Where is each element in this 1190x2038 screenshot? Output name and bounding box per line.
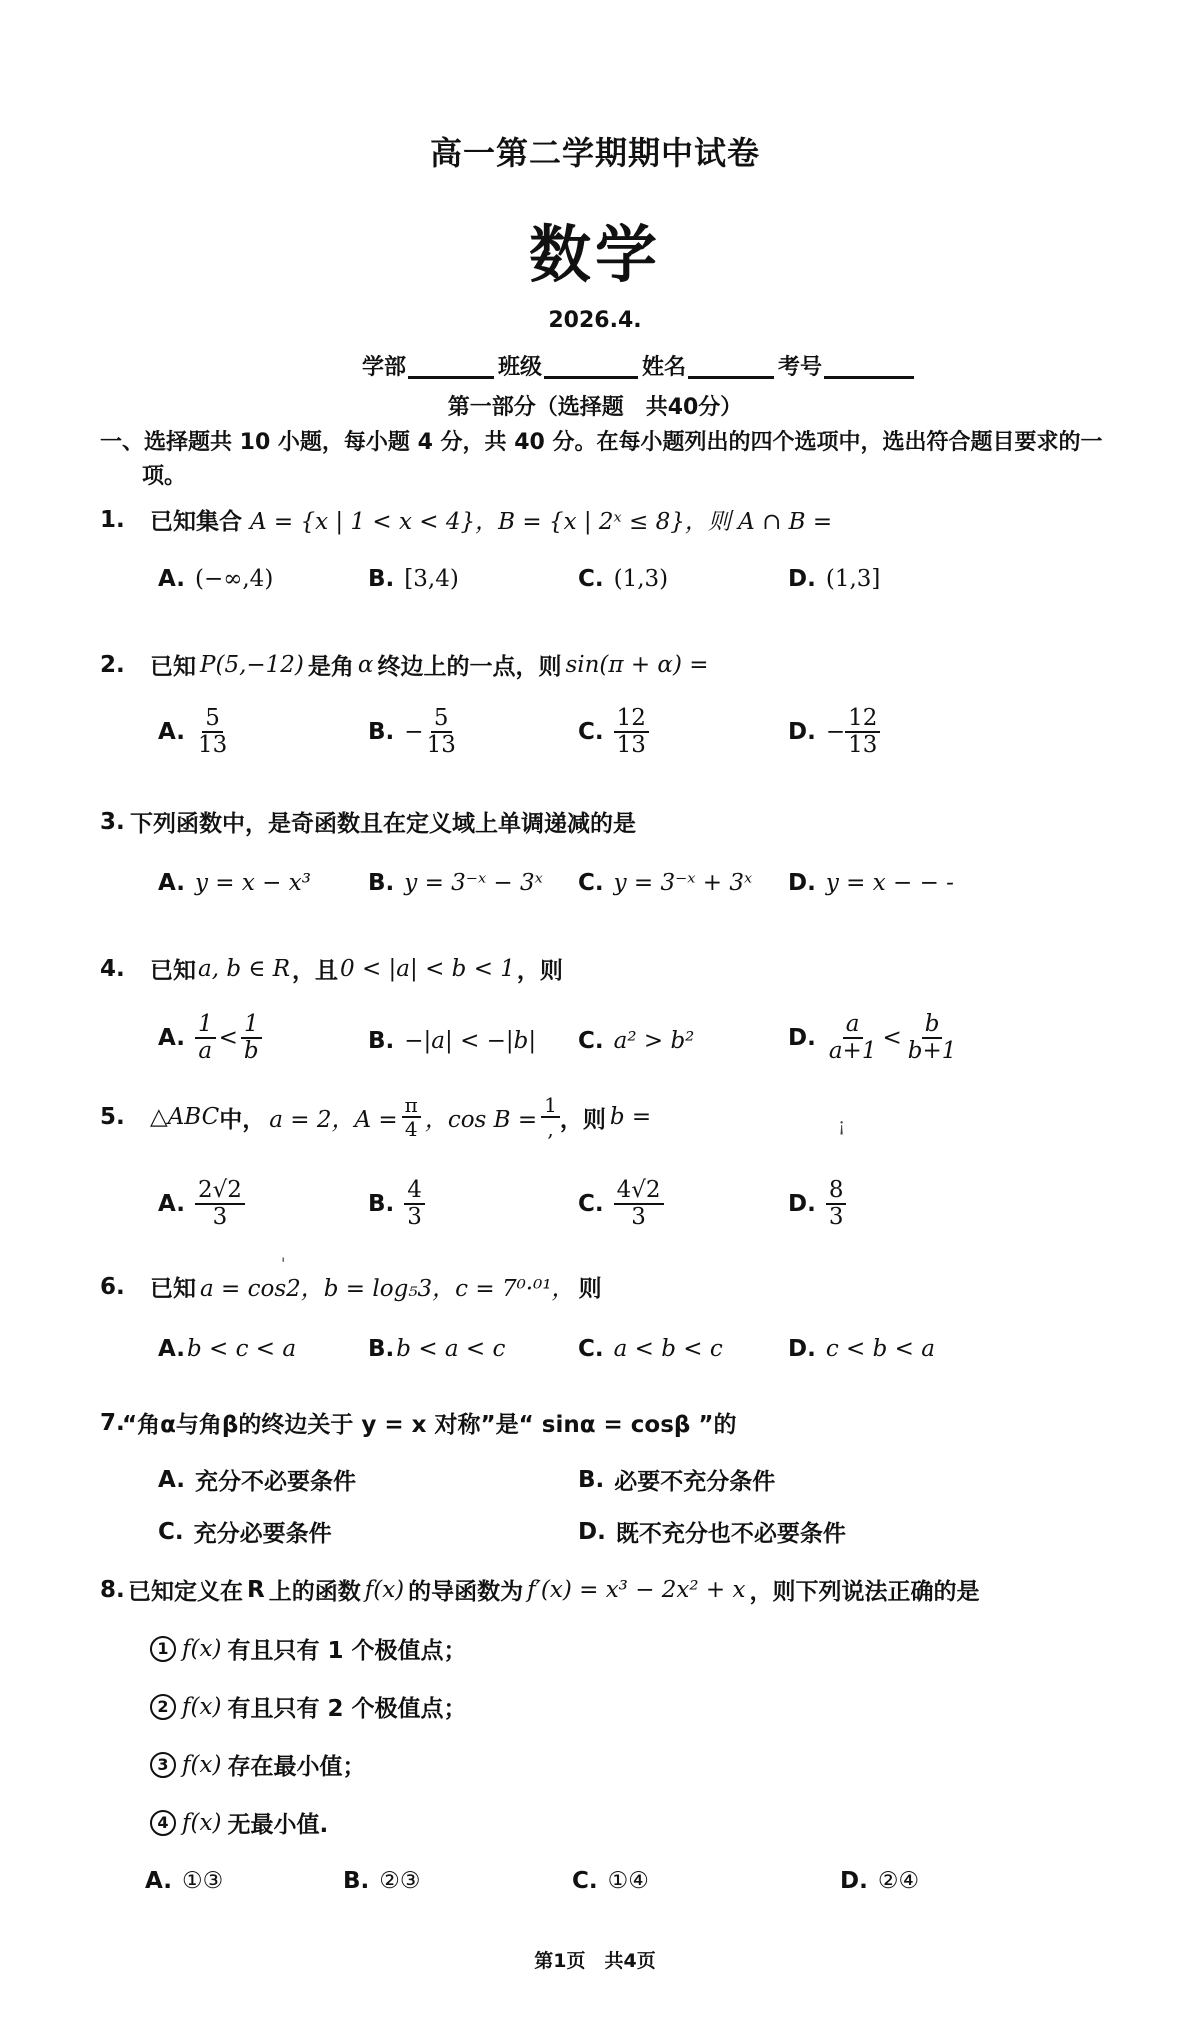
question-number: 5. <box>100 1104 150 1130</box>
class-blank[interactable] <box>544 357 638 379</box>
option-5b[interactable]: B.43 <box>368 1178 425 1231</box>
fraction: 513 <box>195 706 230 759</box>
option-label: D. <box>840 1868 868 1894</box>
option-label: A. <box>158 719 185 745</box>
question-given-a: a = 2，A = <box>269 1101 397 1134</box>
question-8: 8. 已知定义在 R 上的函数 f(x) 的导函数为 f′(x) = x³ − … <box>100 1573 979 1606</box>
option-8a[interactable]: A.①③ <box>145 1868 223 1894</box>
denominator: 13 <box>845 733 880 758</box>
statement-1: 1f(x)有且只有 1 个极值点； <box>150 1632 466 1665</box>
department-blank[interactable] <box>408 357 494 379</box>
fraction: 83 <box>826 1178 847 1231</box>
option-text: (1,3) <box>614 566 669 592</box>
section-heading: 一、选择题共 10 小题，每小题 4 分，共 40 分。在每小题列出的四个选项中… <box>100 426 1140 494</box>
question-stem: 下列函数中，是奇函数且在定义域上单调递减的是 <box>130 805 636 838</box>
numerator: b <box>922 1012 943 1039</box>
statement-3: 3f(x)存在最小值； <box>150 1748 365 1781</box>
question-3: 3. 下列函数中，是奇函数且在定义域上单调递减的是 <box>100 805 636 838</box>
option-3d[interactable]: D.y = x − − - <box>788 870 954 896</box>
fraction-lhs: aa+1 <box>826 1012 880 1065</box>
numerator: 12 <box>614 706 649 733</box>
fraction-rhs: bb+1 <box>905 1012 960 1065</box>
option-label: B. <box>368 719 394 745</box>
denominator: 3 <box>210 1205 231 1230</box>
question-stem-mid2: 的导函数为 <box>408 1573 523 1606</box>
option-sign: − <box>404 719 423 745</box>
option-8d[interactable]: D.②④ <box>840 1868 919 1894</box>
question-stem: “角α与角β的终边关于 y = x 对称”是“ sinα = cosβ ”的 <box>122 1406 737 1439</box>
option-label: D. <box>788 1191 816 1217</box>
option-label: B. <box>578 1467 604 1493</box>
option-7d[interactable]: D.既不充分也不必要条件 <box>578 1515 846 1548</box>
stray-scan-mark: ¡ <box>838 1115 845 1136</box>
statement-2: 2f(x)有且只有 2 个极值点； <box>150 1690 466 1723</box>
question-stem-prefix: 已知 <box>150 648 196 681</box>
option-label: D. <box>788 870 816 896</box>
denominator: , <box>544 1118 556 1140</box>
option-text: −|a| < −|b| <box>404 1028 536 1054</box>
option-3b[interactable]: B.y = 3⁻ˣ − 3ˣ <box>368 870 543 896</box>
option-text: a² > b² <box>614 1028 695 1054</box>
page-footer: 第1页 共4页 <box>0 1946 1190 1973</box>
angle-a-fraction: π4 <box>402 1094 421 1140</box>
option-text: y = 3⁻ˣ + 3ˣ <box>614 870 753 896</box>
question-stem-suffix: 终边上的一点，则 <box>377 648 561 681</box>
option-label: D. <box>578 1519 606 1545</box>
numerator: 1 <box>241 1012 262 1039</box>
option-label: C. <box>158 1519 184 1545</box>
option-text: a < b < c <box>614 1336 723 1362</box>
option-5c[interactable]: C.4√23 <box>578 1178 664 1231</box>
option-5d[interactable]: D.83 <box>788 1178 846 1231</box>
function-f: f(x) <box>182 1636 221 1662</box>
operator: < <box>882 1025 901 1051</box>
real-set-r: R <box>247 1577 265 1603</box>
question-ask-b: b = <box>610 1104 651 1130</box>
option-label: A. <box>158 1191 185 1217</box>
option-label: A. <box>158 1467 185 1493</box>
fraction: 4√23 <box>614 1178 664 1231</box>
option-text: (1,3] <box>826 566 881 592</box>
option-marks: ①④ <box>608 1868 649 1894</box>
denominator: 3 <box>404 1205 425 1230</box>
option-7a[interactable]: A.充分不必要条件 <box>158 1463 356 1496</box>
numerator: 1 <box>541 1094 560 1118</box>
option-label: A. <box>145 1868 172 1894</box>
question-stem-prefix: 已知 <box>150 1270 196 1303</box>
question-number: 2. <box>100 652 150 678</box>
option-text: (−∞,4) <box>195 566 273 592</box>
part-title: 第一部分（选择题 共40分） <box>0 390 1190 421</box>
question-stem-suffix: ，则下列说法正确的是 <box>749 1573 979 1606</box>
fraction: 43 <box>404 1178 425 1231</box>
denominator: b+1 <box>905 1039 960 1064</box>
option-6a[interactable]: A.b < c < a <box>158 1336 296 1362</box>
option-label: B. <box>343 1868 369 1894</box>
question-inequality: 0 < |a| < b < 1 <box>340 956 515 982</box>
question-6: 6. 已知 a = cos2，b = log₅3，c = 7⁰·⁰¹， 则 <box>100 1270 602 1303</box>
option-label: A. <box>158 566 185 592</box>
option-3c[interactable]: C.y = 3⁻ˣ + 3ˣ <box>578 870 752 896</box>
denominator: 13 <box>614 733 649 758</box>
option-2d[interactable]: D.−1213 <box>788 706 880 759</box>
function-f: f(x) <box>182 1810 221 1836</box>
question-expression: sin(π + α) = <box>565 652 708 678</box>
option-7b[interactable]: B.必要不充分条件 <box>578 1463 775 1496</box>
denominator: 13 <box>195 733 230 758</box>
option-text: [3,4) <box>404 566 459 592</box>
question-5: 5. △ABC 中， a = 2，A = π4 ，cos B = 1, ，则 b… <box>100 1094 651 1140</box>
numerator: 4 <box>404 1178 425 1205</box>
field-label-class: 班级 <box>498 350 542 381</box>
question-number: 1. <box>100 507 150 533</box>
option-3a[interactable]: A.y = x − x³ <box>158 870 311 896</box>
option-4b[interactable]: B.−|a| < −|b| <box>368 1028 536 1054</box>
exam-title: 高一第二学期期中试卷 <box>0 128 1190 174</box>
numerator: π <box>402 1094 421 1118</box>
question-stem-prefix: 已知 <box>150 952 196 985</box>
question-cos-b: ，cos B = <box>425 1101 537 1134</box>
option-4c[interactable]: C.a² > b² <box>578 1028 694 1054</box>
option-text: 既不充分也不必要条件 <box>616 1515 846 1548</box>
statement-text: 无最小值. <box>227 1806 328 1839</box>
circled-number: 2 <box>150 1694 176 1720</box>
question-stem-prefix: 已知定义在 <box>128 1573 243 1606</box>
question-stem-mid: 中， <box>219 1101 265 1134</box>
option-text: 充分不必要条件 <box>195 1463 356 1496</box>
question-stem: 已知集合 <box>150 503 242 536</box>
option-label: C. <box>578 1028 604 1054</box>
triangle-abc: △ABC <box>150 1104 219 1130</box>
option-2a[interactable]: A.513 <box>158 706 230 759</box>
option-text: c < b < a <box>826 1336 935 1362</box>
option-6c[interactable]: C.a < b < c <box>578 1336 723 1362</box>
denominator: 3 <box>826 1205 847 1230</box>
option-text: 必要不充分条件 <box>614 1463 775 1496</box>
option-text: y = x − − - <box>826 870 954 896</box>
statement-text: 有且只有 2 个极值点； <box>227 1690 466 1723</box>
option-marks: ①③ <box>182 1868 223 1894</box>
numerator: 2√2 <box>195 1178 245 1205</box>
cos-b-fraction: 1, <box>541 1094 560 1140</box>
fraction-lhs: 1a <box>195 1012 216 1065</box>
option-5a[interactable]: A.2√23 <box>158 1178 245 1231</box>
question-7: 7. “角α与角β的终边关于 y = x 对称”是“ sinα = cosβ ”… <box>100 1406 737 1439</box>
denominator: 4 <box>402 1118 421 1140</box>
option-label: C. <box>578 1336 604 1362</box>
point-p: P(5,−12) <box>200 652 304 678</box>
option-label: D. <box>788 1025 816 1051</box>
option-1d[interactable]: D.(1,3] <box>788 566 880 592</box>
question-number: 8. <box>100 1577 128 1603</box>
angle-alpha: α <box>358 652 374 678</box>
statement-4: 4f(x)无最小值. <box>150 1806 328 1839</box>
numerator: 5 <box>202 706 223 733</box>
option-label: C. <box>578 566 604 592</box>
numerator: 1 <box>195 1012 216 1039</box>
option-label: D. <box>788 1336 816 1362</box>
option-text: y = x − x³ <box>195 870 311 896</box>
option-4d[interactable]: D. aa+1 < bb+1 <box>788 1012 959 1065</box>
question-stem-mid: ，且 <box>292 952 338 985</box>
fraction: 1213 <box>614 706 649 759</box>
denominator: a+1 <box>826 1039 880 1064</box>
option-label: D. <box>788 719 816 745</box>
option-8c[interactable]: C.①④ <box>572 1868 649 1894</box>
option-7c[interactable]: C.充分必要条件 <box>158 1515 332 1548</box>
option-label: B. <box>368 1191 394 1217</box>
option-text: 充分必要条件 <box>194 1515 332 1548</box>
question-stem-suffix: 则 <box>579 1270 602 1303</box>
exam-number-blank[interactable] <box>824 357 914 379</box>
question-stem-mid: 是角 <box>308 648 354 681</box>
question-4: 4. 已知 a, b ∈ R ，且 0 < |a| < b < 1 ，则 <box>100 952 563 985</box>
option-label: B. <box>368 1028 394 1054</box>
option-2b[interactable]: B.−513 <box>368 706 459 759</box>
option-label: B. <box>368 566 394 592</box>
option-label: A. <box>158 1025 185 1051</box>
statement-text: 存在最小值； <box>227 1748 365 1781</box>
function-f: f(x) <box>182 1752 221 1778</box>
student-info-line: 学部 班级 姓名 考号 <box>362 350 918 381</box>
circled-number: 4 <box>150 1810 176 1836</box>
option-label: A. <box>158 870 185 896</box>
field-label-exam-number: 考号 <box>778 350 822 381</box>
field-label-name: 姓名 <box>642 350 686 381</box>
option-text: b < c < a <box>187 1336 296 1362</box>
fraction-rhs: 1b <box>241 1012 262 1065</box>
option-label: C. <box>578 1191 604 1217</box>
question-math: a = cos2，b = log₅3，c = 7⁰·⁰¹， <box>200 1270 575 1303</box>
option-label: C. <box>578 719 604 745</box>
question-number: 6. <box>100 1274 150 1300</box>
option-label: D. <box>788 566 816 592</box>
option-marks: ②④ <box>878 1868 919 1894</box>
numerator: a <box>843 1012 863 1039</box>
numerator: 12 <box>845 706 880 733</box>
question-math: A = {x | 1 < x < 4}，B = {x | 2ˣ ≤ 8}，则 A… <box>250 503 832 536</box>
question-stem-suffix: ，则 <box>560 1101 606 1134</box>
exam-subject: 数学 <box>0 205 1190 294</box>
option-1a[interactable]: A.(−∞,4) <box>158 566 273 592</box>
option-sign: − <box>826 719 845 745</box>
name-blank[interactable] <box>688 357 774 379</box>
option-label: C. <box>578 870 604 896</box>
numerator: 5 <box>431 706 452 733</box>
question-math: a, b ∈ R <box>198 956 290 982</box>
fraction: 1213 <box>845 706 880 759</box>
question-1: 1. 已知集合 A = {x | 1 < x < 4}，B = {x | 2ˣ … <box>100 503 832 536</box>
question-number: 4. <box>100 956 150 982</box>
question-stem-suffix: ，则 <box>517 952 563 985</box>
option-1b[interactable]: B.[3,4) <box>368 566 459 592</box>
statement-text: 有且只有 1 个极值点； <box>227 1632 466 1665</box>
option-4a[interactable]: A. 1a < 1b <box>158 1012 262 1065</box>
option-marks: ②③ <box>379 1868 420 1894</box>
question-number: 7. <box>100 1410 122 1436</box>
option-label: B. <box>368 870 394 896</box>
option-label: B. <box>368 1336 394 1362</box>
numerator: 4√2 <box>614 1178 664 1205</box>
option-label: A. <box>158 1336 185 1362</box>
option-6b[interactable]: B.b < a < c <box>368 1336 505 1362</box>
circled-number: 1 <box>150 1636 176 1662</box>
question-number: 3. <box>100 809 130 835</box>
operator: < <box>219 1025 238 1051</box>
field-label-department: 学部 <box>362 350 406 381</box>
option-text: b < a < c <box>396 1336 505 1362</box>
fraction: 2√23 <box>195 1178 245 1231</box>
numerator: 8 <box>826 1178 847 1205</box>
option-1c[interactable]: C.(1,3) <box>578 566 668 592</box>
option-8b[interactable]: B.②③ <box>343 1868 421 1894</box>
denominator: a <box>195 1039 215 1064</box>
question-stem-mid: 上的函数 <box>269 1573 361 1606</box>
denominator: 3 <box>628 1205 649 1230</box>
denominator: 13 <box>424 733 459 758</box>
derivative-expression: f′(x) = x³ − 2x² + x <box>527 1577 745 1603</box>
option-2c[interactable]: C.1213 <box>578 706 649 759</box>
function-f: f(x) <box>365 1577 404 1603</box>
option-label: C. <box>572 1868 598 1894</box>
denominator: b <box>241 1039 262 1064</box>
option-6d[interactable]: D.c < b < a <box>788 1336 935 1362</box>
exam-date: 2026.4. <box>0 308 1190 333</box>
function-f: f(x) <box>182 1694 221 1720</box>
fraction: 513 <box>424 706 459 759</box>
option-text: y = 3⁻ˣ − 3ˣ <box>404 870 543 896</box>
question-2: 2. 已知 P(5,−12) 是角 α 终边上的一点，则 sin(π + α) … <box>100 648 709 681</box>
circled-number: 3 <box>150 1752 176 1778</box>
